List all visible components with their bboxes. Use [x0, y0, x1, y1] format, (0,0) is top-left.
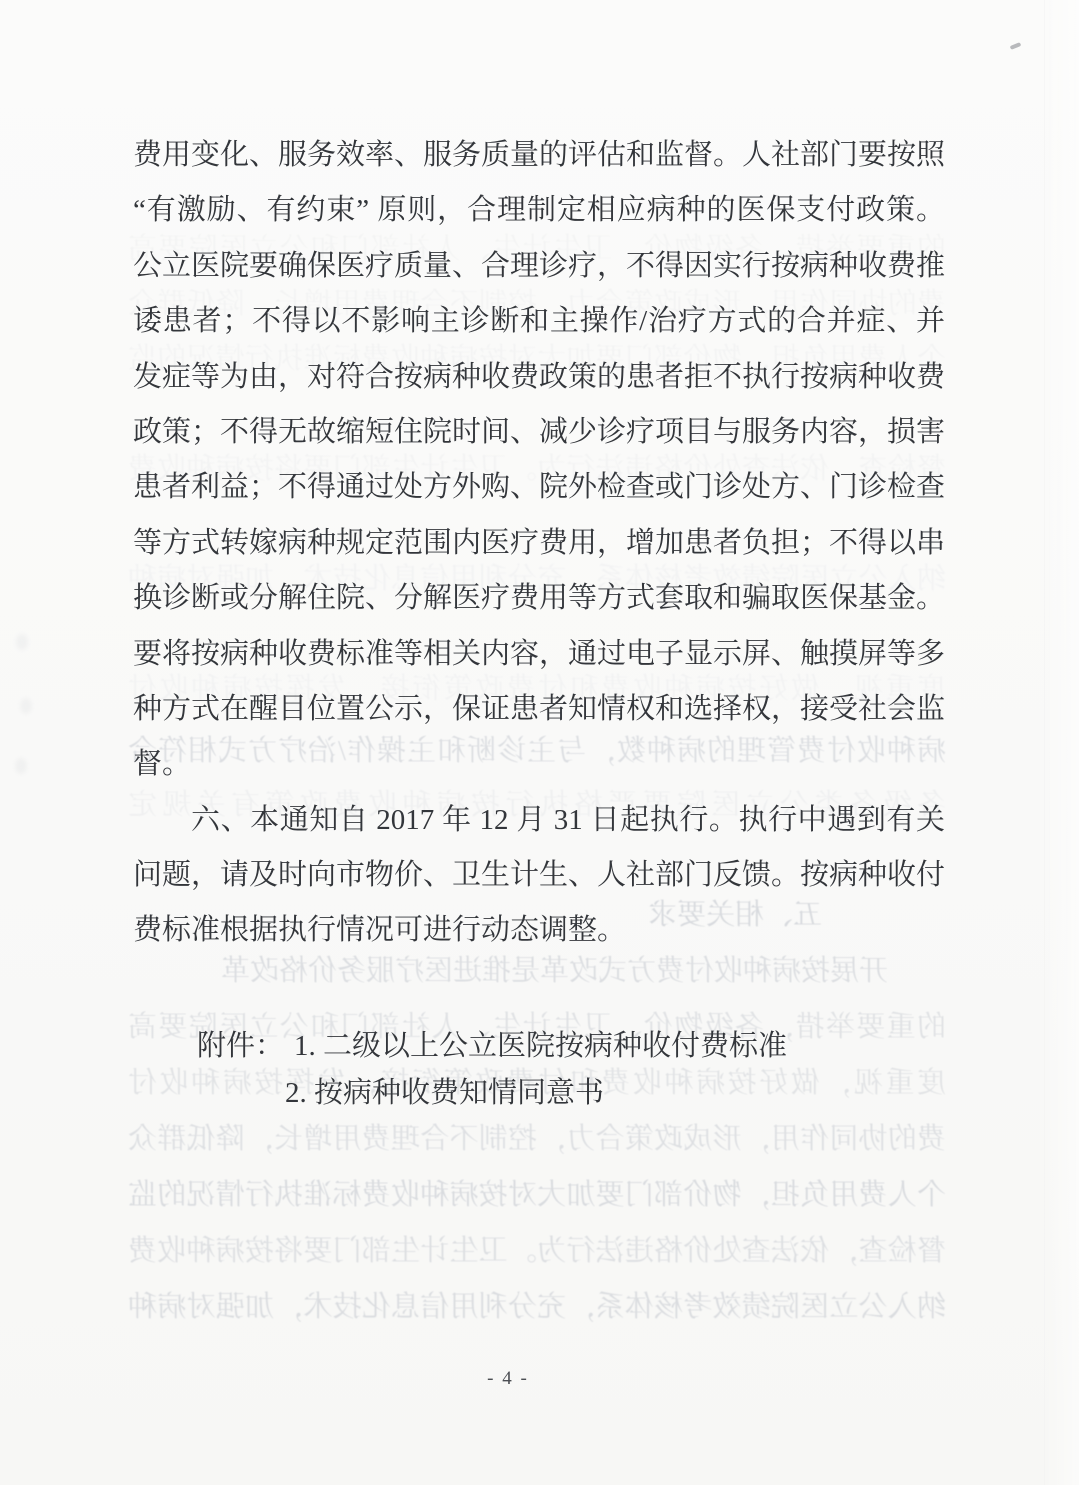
- paragraph-line: 费标准根据执行情况可进行动态调整。: [133, 903, 945, 958]
- scan-edge: [1044, 0, 1079, 1485]
- bleed-line: 督检查，依法查处价格违法行为。卫生计生部门要将按病种收费: [128, 1224, 946, 1279]
- paragraph-line: 问题，请及时向市物价、卫生计生、人社部门反馈。按病种收付: [133, 848, 945, 903]
- bleed-line: 个人费用负担，物价部门要加大对按病种收费标准执行情况的监: [128, 1168, 946, 1223]
- scan-smudge: [20, 698, 32, 714]
- attachment-list: 附件：1. 二级以上公立医院按病种收付费标准 2. 按病种收费知情同意书: [133, 1023, 945, 1117]
- paragraph-line: 公立医院要确保医疗质量、合理诊疗，不得因实行按病种收费推: [133, 239, 945, 294]
- paragraph-line: 等方式转嫁病种规定范围内医疗费用，增加患者负担；不得以串: [133, 516, 945, 571]
- paragraph-line: 费用变化、服务效率、服务质量的评估和监督。人社部门要按照: [133, 128, 945, 183]
- scanned-document-page: 的重要举措，各级物价、卫生计生、人社部门和公立医院要高 费的协同作用，形成政策合…: [0, 0, 1079, 1485]
- paragraph-line: 督。: [133, 737, 945, 792]
- paragraph-line: 诿患者；不得以不影响主诊断和主操作/治疗方式的合并症、并: [133, 294, 945, 349]
- paragraph-line: 换诊断或分解住院、分解医疗费用等方式套取和骗取医保基金。: [133, 571, 945, 626]
- paragraph-line: 患者利益；不得通过处方外购、院外检查或门诊处方、门诊检查: [133, 460, 945, 515]
- paragraph-line: 发症等为由，对符合按病种收费政策的患者拒不执行按病种收费: [133, 350, 945, 405]
- bleed-line: 纳入公立医院绩效考核体系，充分利用信息化技术，加强对病种: [128, 1280, 946, 1335]
- page-number: - 4 -: [487, 1368, 529, 1390]
- paragraph-line: 政策；不得无故缩短住院时间、减少诊疗项目与服务内容，损害: [133, 405, 945, 460]
- attachment-label: 附件：: [197, 1030, 284, 1062]
- paragraph-line: 六、本通知自 2017 年 12 月 31 日起执行。执行中遇到有关: [133, 793, 945, 848]
- attachment-item-text: 1. 二级以上公立医院按病种收付费标准: [294, 1030, 787, 1062]
- bleed-line: 费的协同作用，形成政策合力，控制不合理费用增长，降低群众: [128, 1112, 946, 1167]
- attachment-item: 附件：1. 二级以上公立医院按病种收付费标准: [133, 1023, 945, 1070]
- paragraph-line: “有激励、有约束” 原则，合理制定相应病种的医保支付政策。: [133, 183, 945, 238]
- body-text: 费用变化、服务效率、服务质量的评估和监督。人社部门要按照 “有激励、有约束” 原…: [133, 128, 945, 1117]
- paragraph-line: 要将按病种收费标准等相关内容，通过电子显示屏、触摸屏等多: [133, 627, 945, 682]
- attachment-item: 2. 按病种收费知情同意书: [133, 1070, 945, 1117]
- scan-smudge: [15, 758, 27, 774]
- scan-smudge: [16, 634, 28, 650]
- paragraph-line: 种方式在醒目位置公示，保证患者知情权和选择权，接受社会监: [133, 682, 945, 737]
